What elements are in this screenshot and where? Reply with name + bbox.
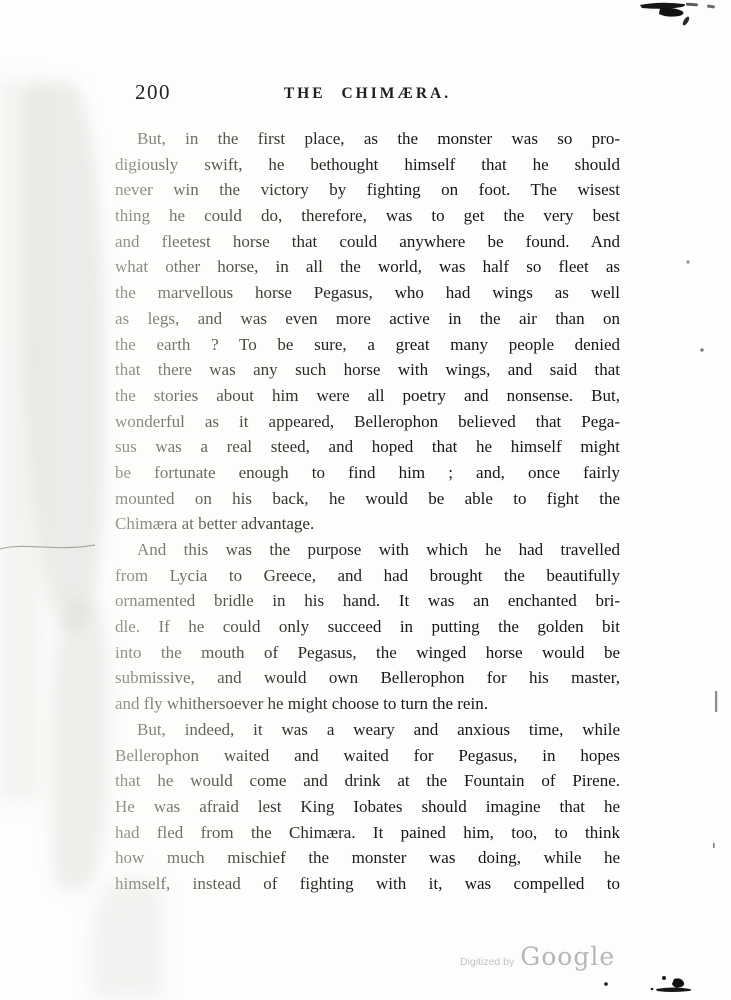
scan-shadow-left-lower xyxy=(52,600,108,890)
text-line: ornamented bridle in his hand. It was an… xyxy=(115,588,620,614)
text-line: how much mischief the monster was doing,… xyxy=(115,845,620,871)
text-line: But, indeed, it was a weary and anxious … xyxy=(115,717,620,743)
digitized-watermark: Digitized by Google xyxy=(460,942,615,971)
google-logo: Google xyxy=(520,942,615,971)
scan-shadow-left-edge xyxy=(0,80,42,800)
text-line: mounted on his back, he would be able to… xyxy=(115,486,620,512)
text-line: Bellerophon waited and waited for Pegasu… xyxy=(115,743,620,769)
right-margin-specks xyxy=(686,260,717,848)
text-line: But, in the first place, as the monster … xyxy=(115,126,620,152)
text-line: never win the victory by fighting on foo… xyxy=(115,177,620,203)
text-line: And this was the purpose with which he h… xyxy=(115,537,620,563)
scan-shadow-left-upper xyxy=(26,82,104,630)
text-line: and fly whithersoever he might choose to… xyxy=(115,691,620,717)
ink-smudge-top-right xyxy=(640,3,715,27)
text-line: submissive, and would own Bellerophon fo… xyxy=(115,665,620,691)
watermark-prefix: Digitized by xyxy=(460,956,514,968)
text-line: that there was any such horse with wings… xyxy=(115,357,620,383)
ink-specks-bottom-right xyxy=(604,976,691,992)
text-line: what other horse, in all the world, was … xyxy=(115,254,620,280)
text-line: from Lycia to Greece, and had brought th… xyxy=(115,563,620,589)
text-line: dle. If he could only succeed in putting… xyxy=(115,614,620,640)
text-line: be fortunate enough to find him ; and, o… xyxy=(115,460,620,486)
text-line: the earth ? To be sure, a great many peo… xyxy=(115,332,620,358)
text-line: the marvellous horse Pegasus, who had wi… xyxy=(115,280,620,306)
text-line: thing he could do, therefore, was to get… xyxy=(115,203,620,229)
text-line: himself, instead of fighting with it, wa… xyxy=(115,871,620,897)
text-line: the stories about him were all poetry an… xyxy=(115,383,620,409)
text-line: sus was a real steed, and hoped that he … xyxy=(115,434,620,460)
text-line: wonderful as it appeared, Bellerophon be… xyxy=(115,409,620,435)
text-line: as legs, and was even more active in the… xyxy=(115,306,620,332)
running-header: THE CHIMÆRA. xyxy=(115,85,620,103)
text-line: digiously swift, he bethought himself th… xyxy=(115,152,620,178)
crease-line xyxy=(0,545,95,549)
book-page: 200 THE CHIMÆRA. But, in the first place… xyxy=(0,0,731,1000)
text-line: and fleetest horse that could anywhere b… xyxy=(115,229,620,255)
text-line: that he would come and drink at the Foun… xyxy=(115,768,620,794)
text-line: into the mouth of Pegasus, the winged ho… xyxy=(115,640,620,666)
text-line: He was afraid lest King Iobates should i… xyxy=(115,794,620,820)
text-line: had fled from the Chimæra. It pained him… xyxy=(115,820,620,846)
page-body: But, in the first place, as the monster … xyxy=(115,126,620,897)
text-line: Chimæra at better advantage. xyxy=(115,511,620,537)
